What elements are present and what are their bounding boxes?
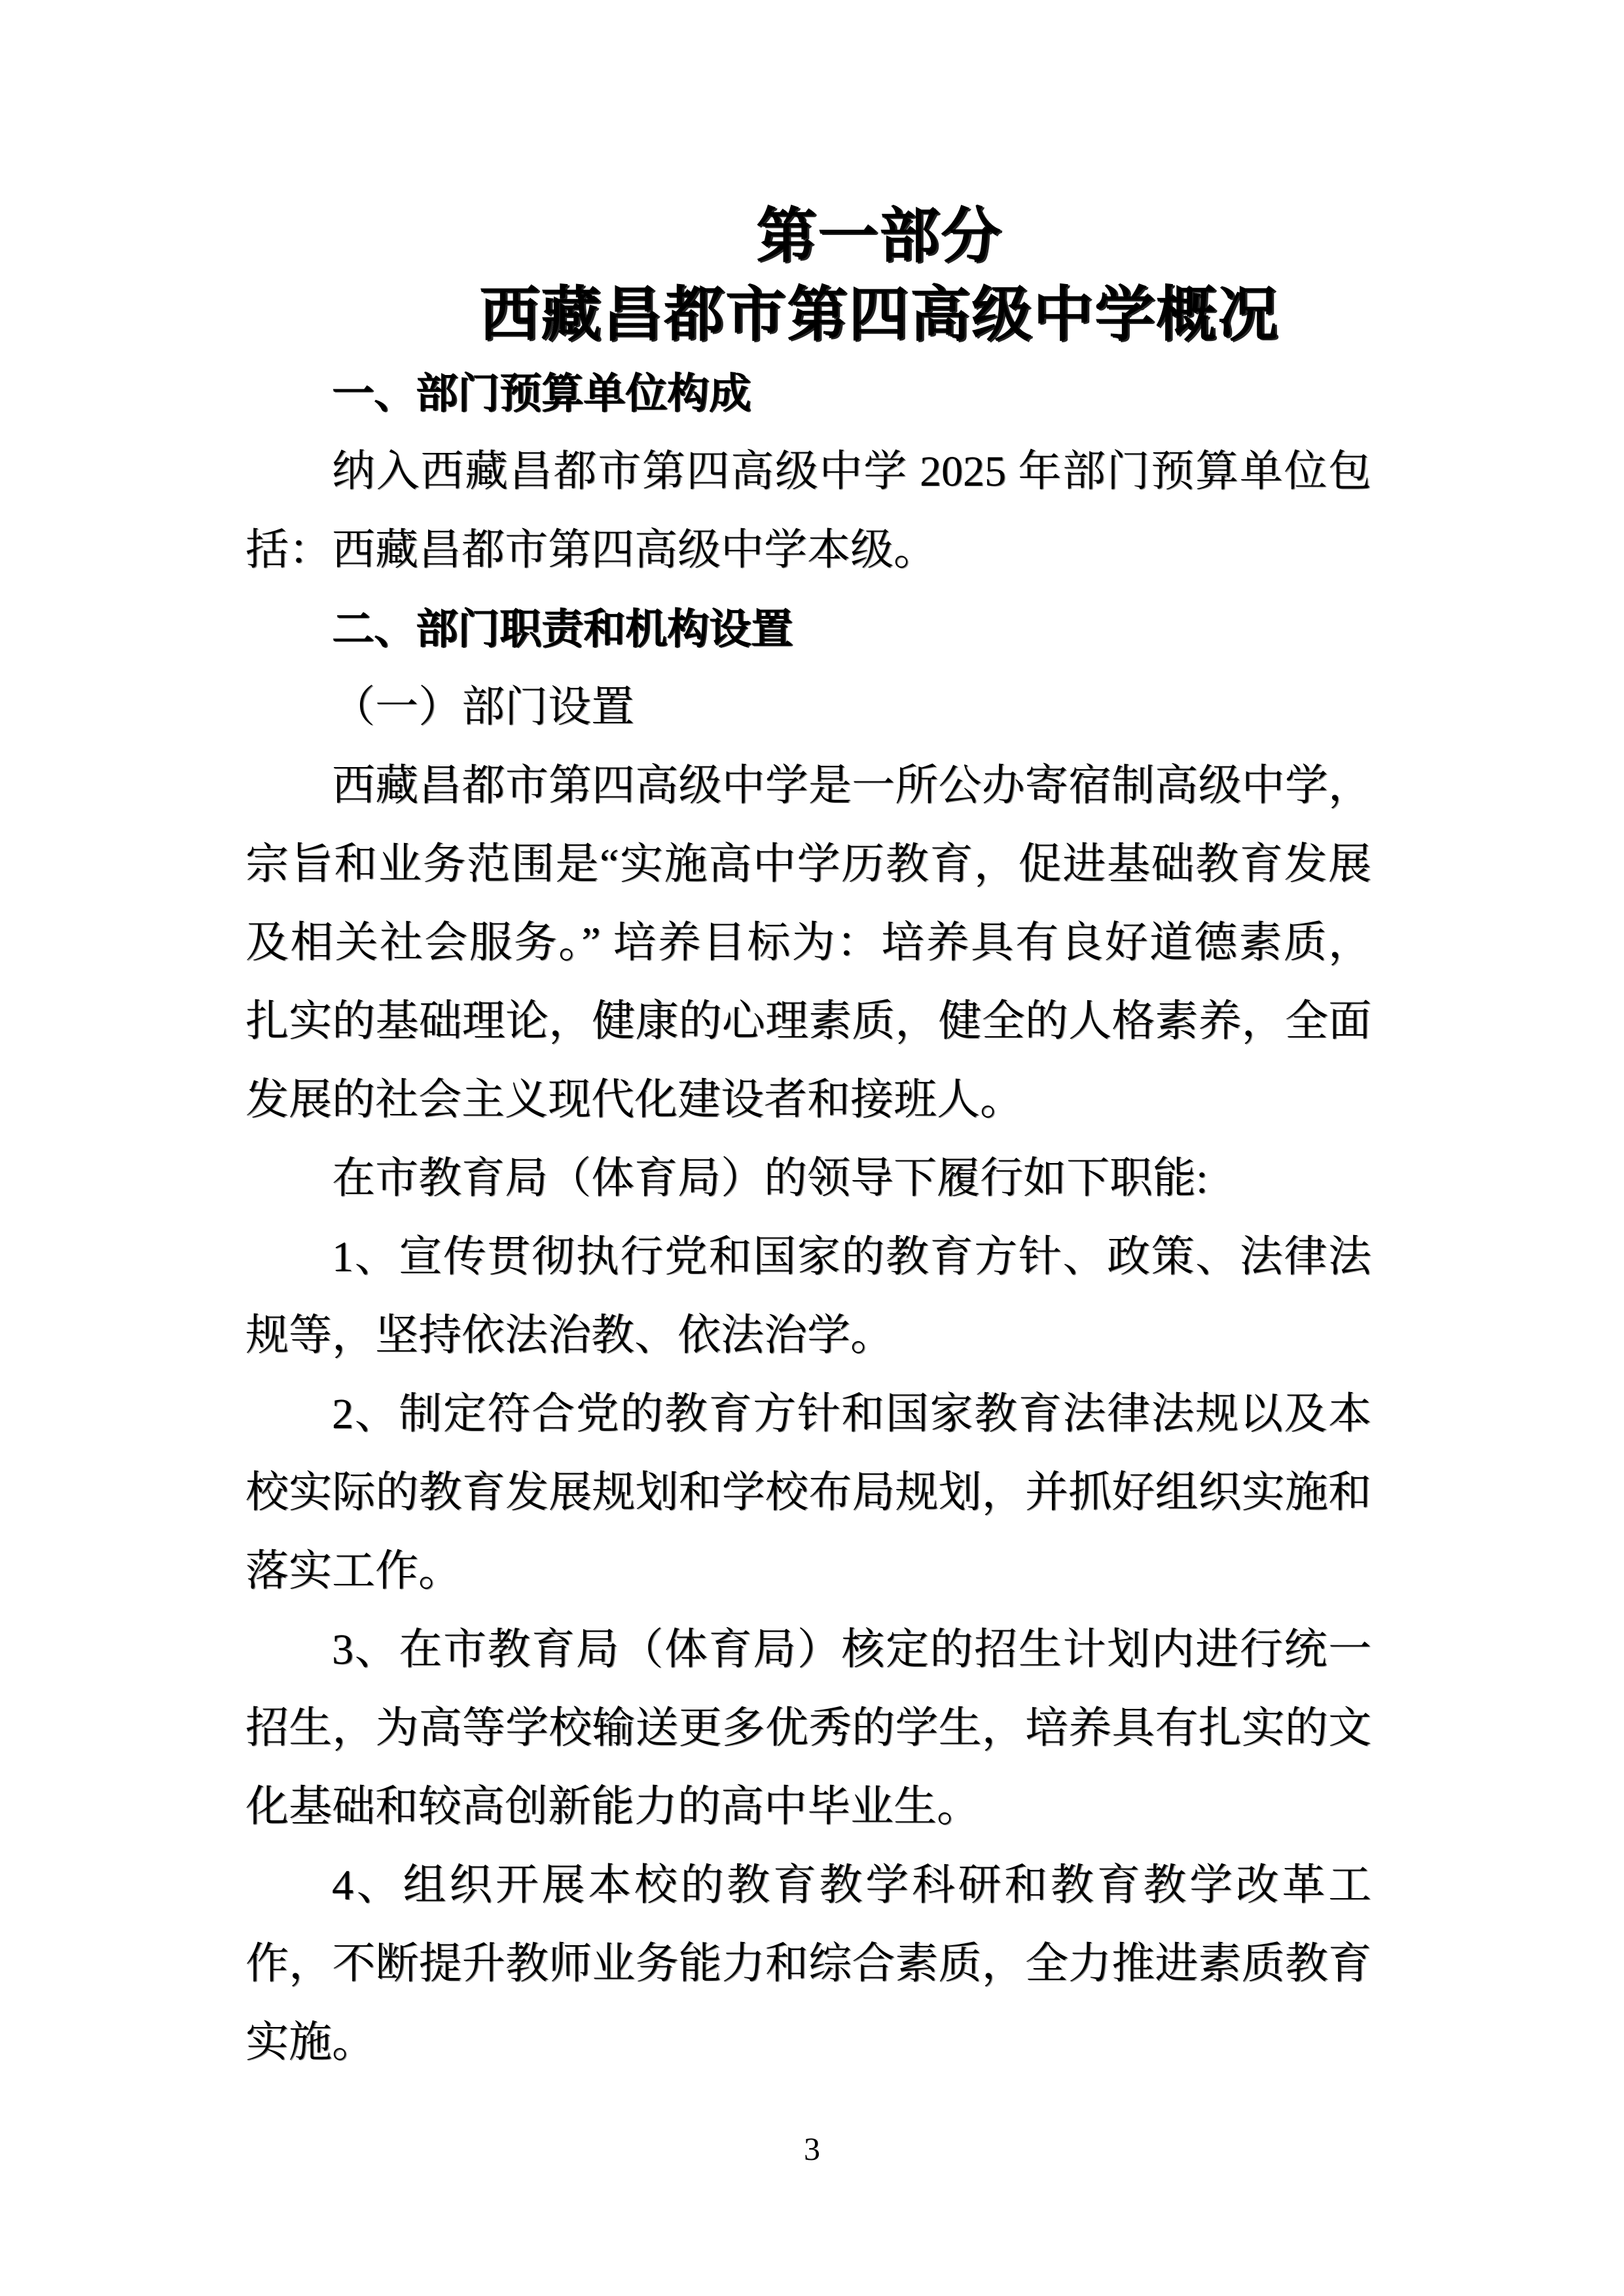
subsection-heading-dept-setup: （一）部门设置 [245, 668, 1371, 747]
document-title-line-1: 第一部分 [245, 197, 1371, 276]
paragraph-school-intro: 西藏昌都市第四高级中学是一所公办寄宿制高级中学，宗旨和业务范围是“实施高中学历教… [245, 747, 1371, 1139]
paragraph-function-4: 4、组织开展本校的教育教学科研和教育教学改革工作，不断提升教师业务能力和综合素质… [245, 1846, 1371, 2082]
section-heading-duties: 二、部门职责和机构设置 [245, 590, 1371, 668]
document-page: 第一部分 西藏昌都市第四高级中学概况 一、部门预算单位构成 纳入西藏昌都市第四高… [0, 0, 1624, 2296]
paragraph-budget-unit: 纳入西藏昌都市第四高级中学 2025 年部门预算单位包括：西藏昌都市第四高级中学… [245, 433, 1371, 590]
section-heading-budget-unit: 一、部门预算单位构成 [245, 354, 1371, 433]
paragraph-function-1: 1、宣传贯彻执行党和国家的教育方针、政策、法律法规等，坚持依法治教、依法治学。 [245, 1218, 1371, 1375]
paragraph-function-3: 3、在市教育局（体育局）核定的招生计划内进行统一招生，为高等学校输送更多优秀的学… [245, 1611, 1371, 1846]
page-number: 3 [0, 2129, 1624, 2168]
paragraph-function-2: 2、制定符合党的教育方针和国家教育法律法规以及本校实际的教育发展规划和学校布局规… [245, 1375, 1371, 1611]
document-title-line-2: 西藏昌都市第四高级中学概况 [245, 276, 1371, 354]
paragraph-functions-intro: 在市教育局（体育局）的领导下履行如下职能: [245, 1139, 1371, 1218]
document-body: 第一部分 西藏昌都市第四高级中学概况 一、部门预算单位构成 纳入西藏昌都市第四高… [245, 197, 1371, 2082]
